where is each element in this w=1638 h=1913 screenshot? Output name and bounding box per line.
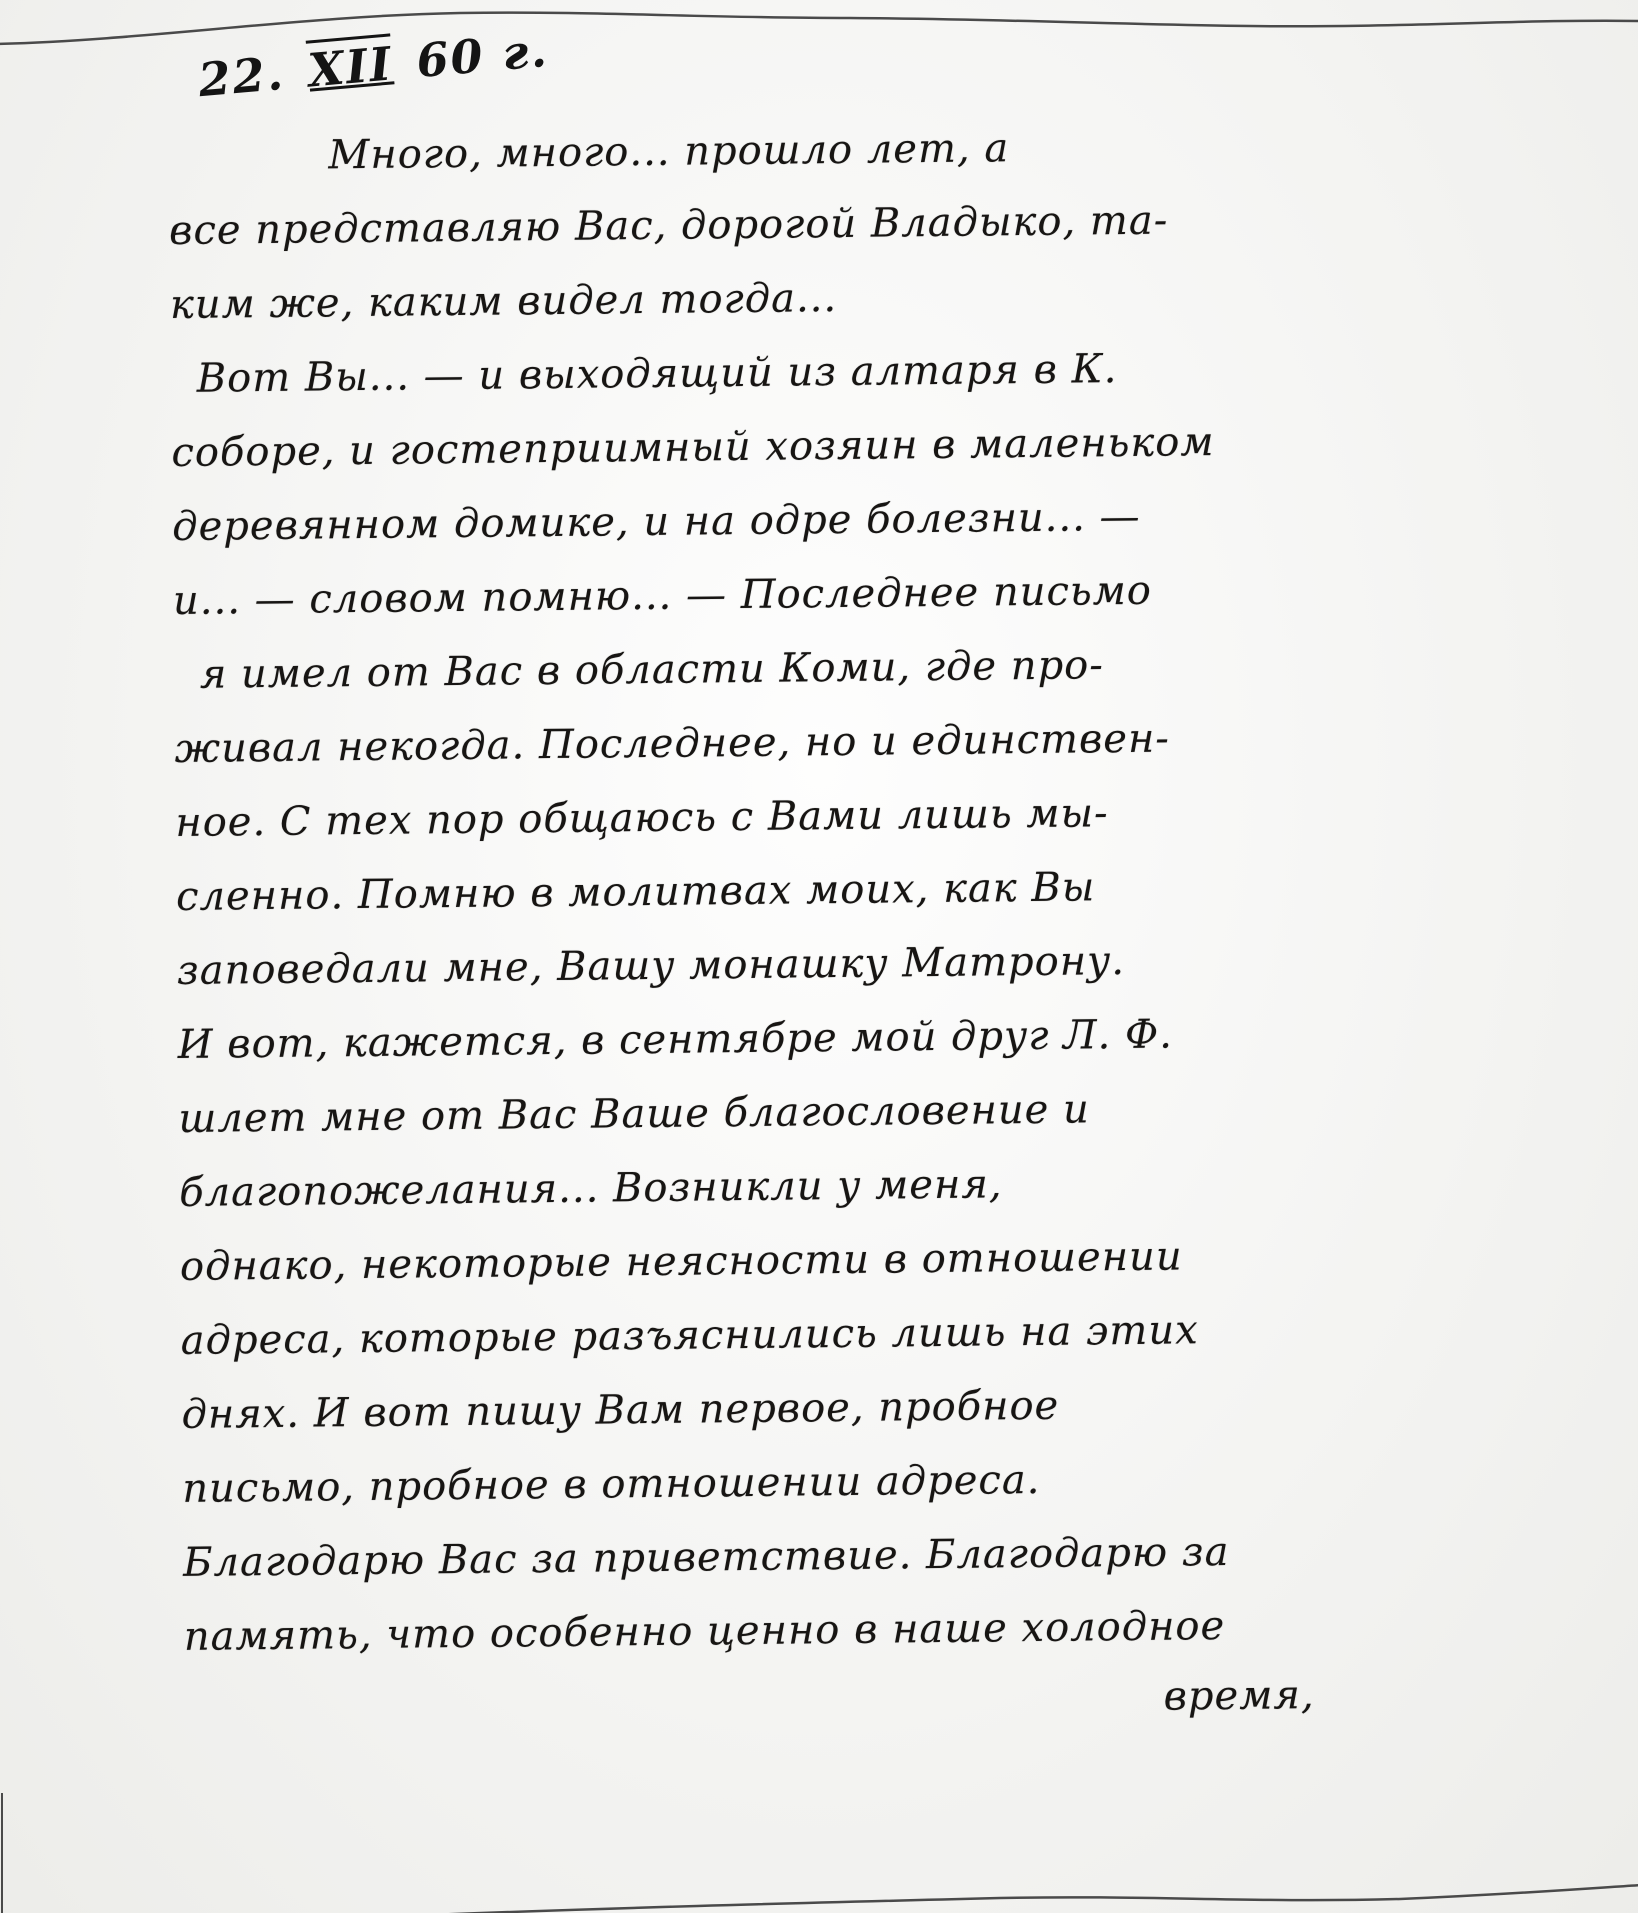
letter-date-month: XII (306, 36, 395, 97)
letter-date-year: 60 г. (414, 23, 550, 88)
letter-line: Вот Вы... — и выходящий из алтаря в К. (170, 328, 1471, 416)
letter-hanging-word: время, (184, 1660, 1485, 1740)
letter-line: шлет мне от Вас Ваше благословение и (178, 1068, 1479, 1156)
letter-line: сленно. Помню в молитвах моих, как Вы (176, 846, 1477, 934)
letter-line: однако, некоторые неясности в отношении (180, 1216, 1481, 1304)
letter-date-day: 22. (196, 46, 286, 107)
letter-line: память, что особенно ценно в наше холодн… (183, 1586, 1484, 1674)
letter-date: 22. XII 60 г. (196, 23, 550, 107)
paper-top-edge-line (0, 13, 1638, 44)
letter-line: днях. И вот пишу Вам первое, пробное (181, 1364, 1482, 1452)
letter-line: благопожелания... Возникли у меня, (179, 1142, 1480, 1230)
letter-line: Много, много... прошло лет, а (168, 106, 1469, 194)
letter-line: я имел от Вас в области Коми, где про- (173, 624, 1474, 712)
paper-bottom-edge-line (378, 1885, 1638, 1913)
letter-line: деревянном домике, и на одре болезни... … (172, 476, 1473, 564)
letter-body: Много, много... прошло лет, а все предст… (168, 106, 1485, 1740)
letter-line: все представляю Вас, дорогой Владыко, та… (169, 180, 1470, 268)
letter-line: адреса, которые разъяснились лишь на эти… (180, 1290, 1481, 1378)
letter-line: ное. С тех пор общаюсь с Вами лишь мы- (175, 772, 1476, 860)
letter-line: и... — словом помню... — Последнее письм… (173, 550, 1474, 638)
letter-line: ким же, каким видел тогда... (170, 254, 1471, 342)
letter-line: письмо, пробное в отношении адреса. (182, 1438, 1483, 1526)
scanned-letter-page: 22. XII 60 г. Много, много... прошло лет… (0, 0, 1638, 1913)
letter-line: соборе, и гостеприимный хозяин в маленьк… (171, 402, 1472, 490)
letter-line: И вот, кажется, в сентябре мой друг Л. Ф… (177, 994, 1478, 1082)
letter-line: заповедали мне, Вашу монашку Матрону. (177, 920, 1478, 1008)
letter-line: Благодарю Вас за приветствие. Благодарю … (183, 1512, 1484, 1600)
letter-line: живал некогда. Последнее, но и единствен… (174, 698, 1475, 786)
